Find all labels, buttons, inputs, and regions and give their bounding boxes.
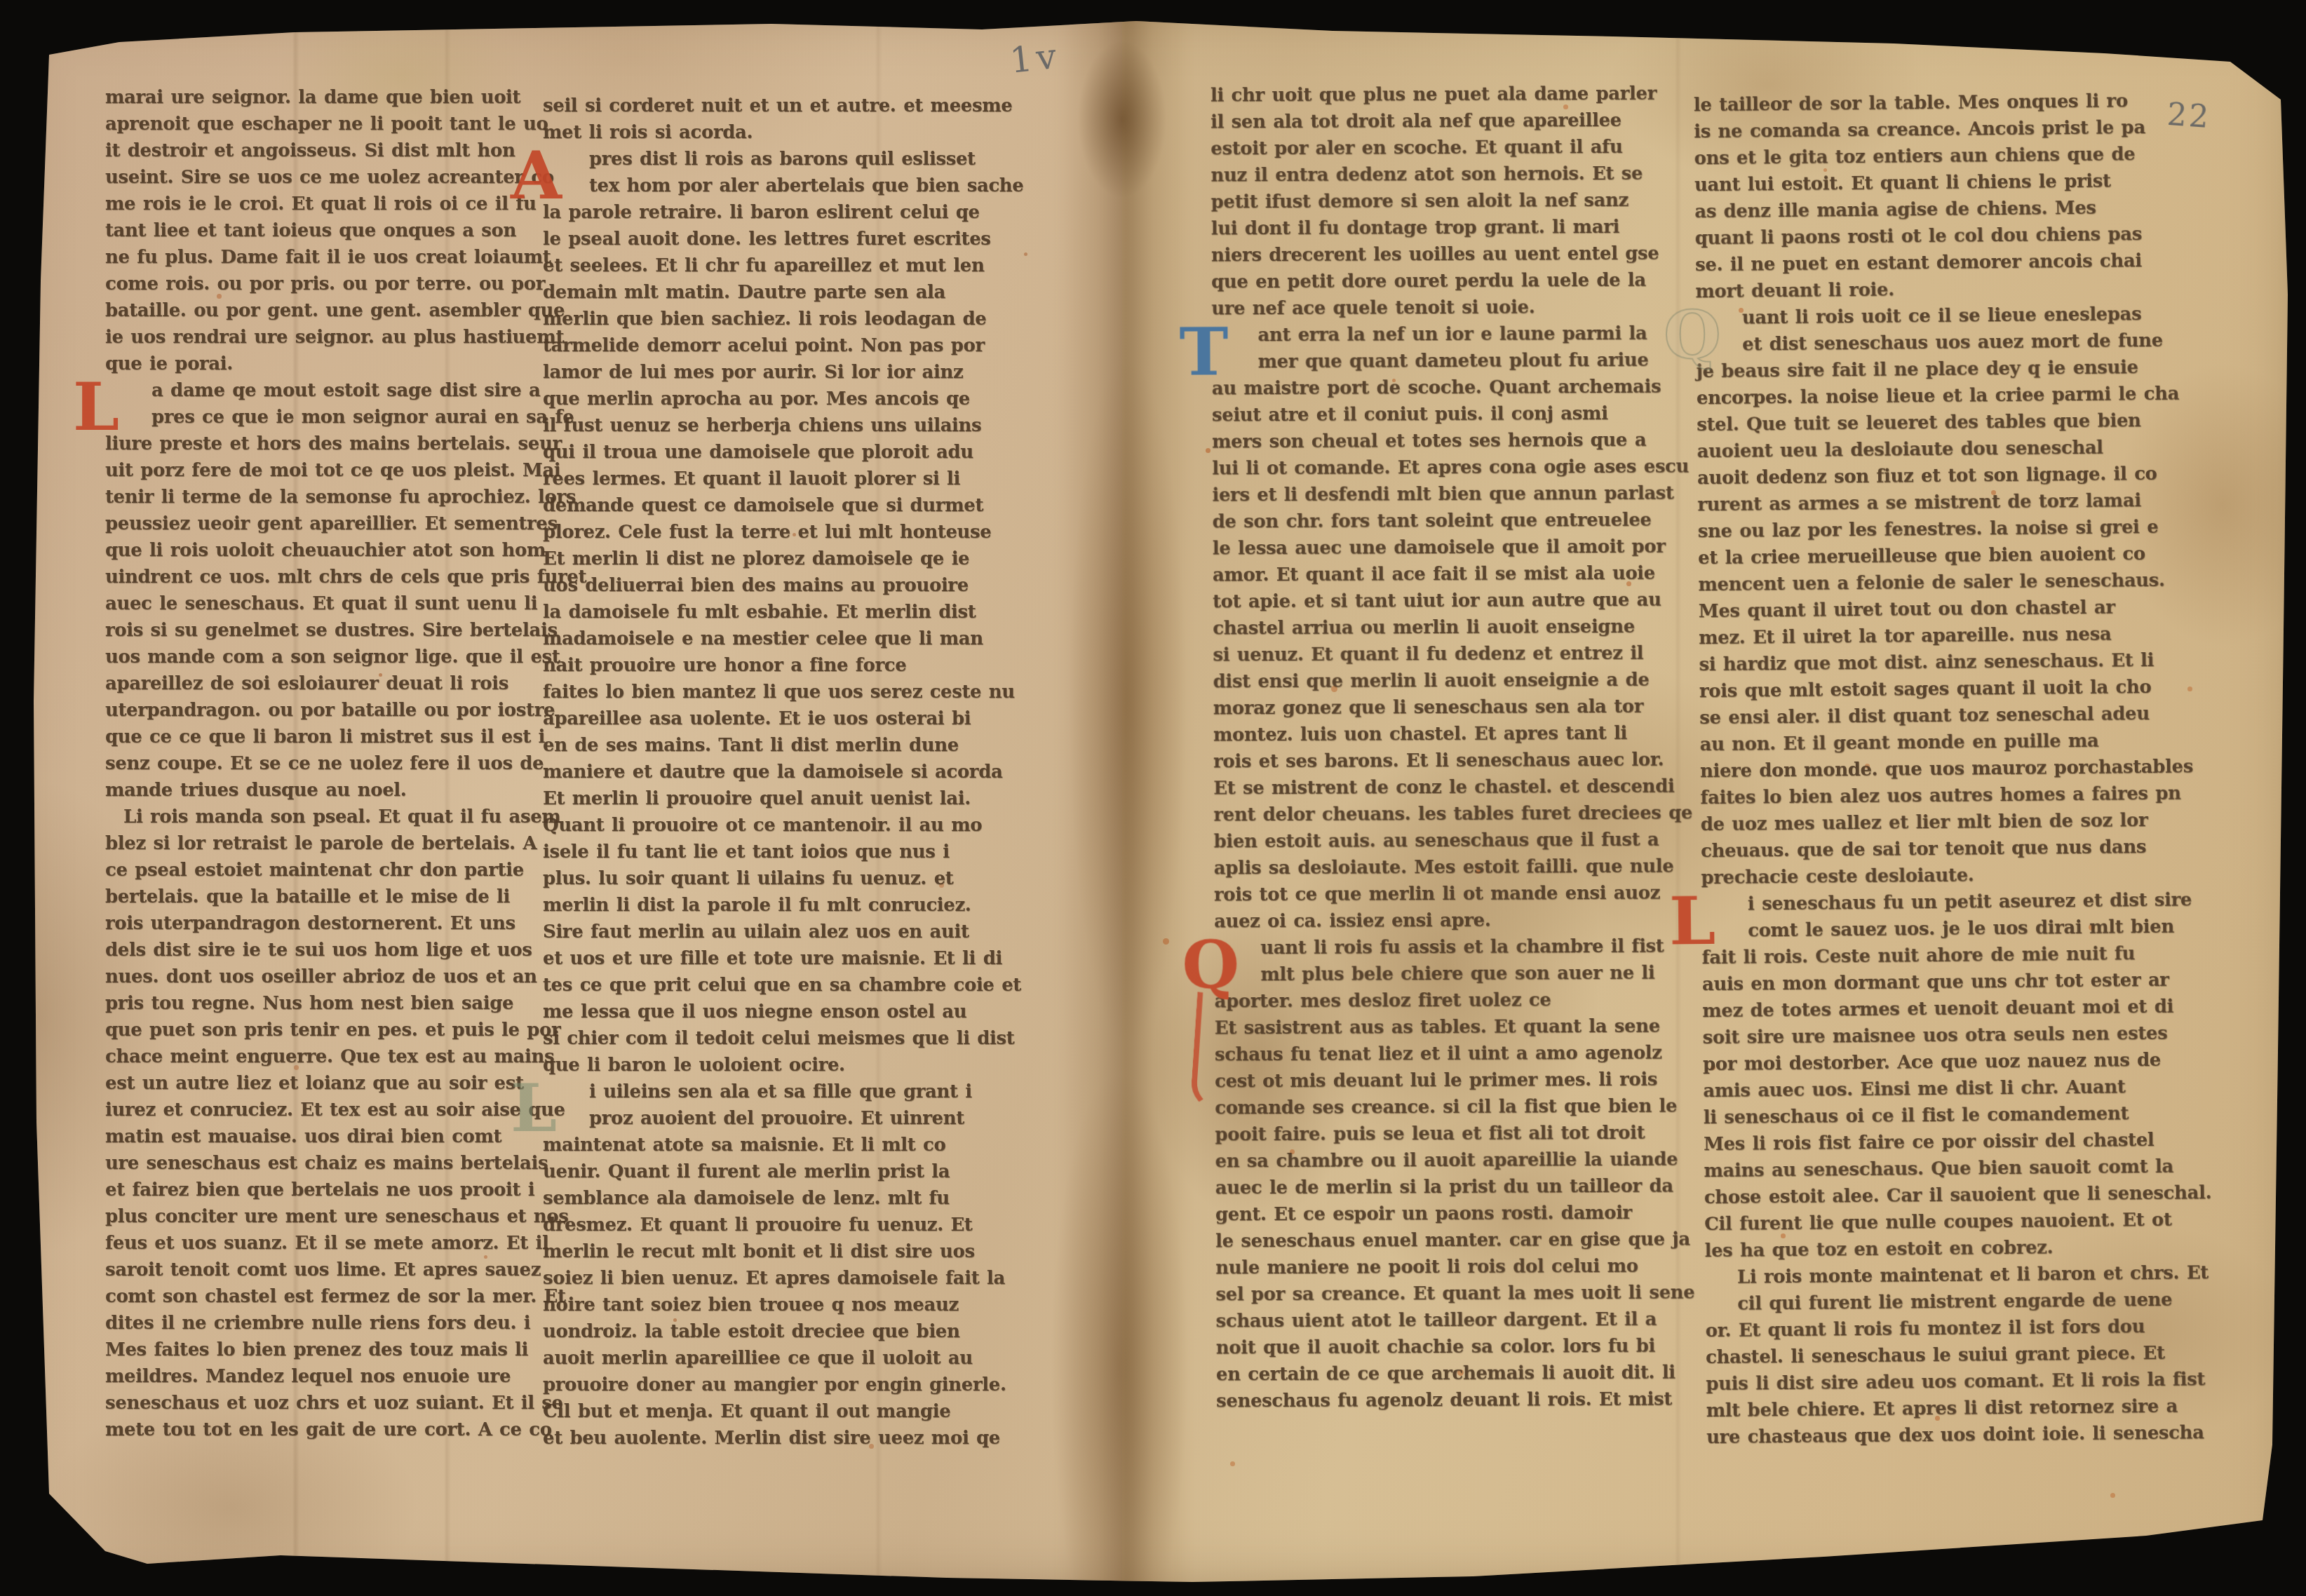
text-line: prouoire doner au mangier por engin gine… xyxy=(543,1372,992,1398)
text-line: sel por sa creance. Et quant la mes uoit… xyxy=(1215,1280,1659,1308)
text-line: pres dist li rois as barons quil eslisse… xyxy=(543,146,992,173)
text-line: auec le de merlin si la prist du un tail… xyxy=(1215,1173,1659,1202)
text-line: et la criee merueilleuse que bien auoien… xyxy=(1698,541,2154,572)
text-line: la damoisele fu mlt esbahie. Et merlin d… xyxy=(543,599,992,625)
text-column-3: li chr uoit que plus ne puet ala dame pa… xyxy=(1211,81,1659,1415)
text-line: come rois. ou por pris. ou por terre. ou… xyxy=(105,271,526,297)
text-line: demain mlt matin. Dautre parte sen ala xyxy=(543,279,992,306)
text-line: madamoisele e na mestier celee que li ma… xyxy=(543,625,992,652)
text-line: uondroiz. la table estoit dreciee que bi… xyxy=(543,1318,992,1345)
text-line: que ie porai. xyxy=(105,351,526,377)
text-line: seiut atre et il coniut puis. il conj as… xyxy=(1212,400,1655,429)
text-line: stel. Que tuit se leueret des tables que… xyxy=(1697,407,2152,438)
text-line: de son chr. fors tant soleint que entreu… xyxy=(1213,507,1656,536)
text-line: plorez. Cele fust la terre et lui mlt ho… xyxy=(543,519,992,546)
text-line: dresmez. Et quant li prouoire fu uenuz. … xyxy=(543,1212,992,1238)
text-line: niers drecerent les uoilles au uent ente… xyxy=(1211,241,1654,269)
text-line: dels dist sire ie te sui uos hom lige et… xyxy=(105,937,526,963)
paragraph: marai ure seignor. la dame que bien uoit… xyxy=(105,84,526,377)
illuminated-initial: L xyxy=(1669,888,1716,955)
text-line: it destroir et angoisseus. Si dist mlt h… xyxy=(105,137,526,164)
text-line: chose estoit alee. Car il sauoient que l… xyxy=(1704,1180,2160,1211)
text-line: demande quest ce damoisele que si durmet xyxy=(543,492,992,519)
text-line: me rois ie le croi. Et quat li rois oi c… xyxy=(105,191,526,217)
text-line: pris tou regne. Nus hom nest bien saige xyxy=(105,990,526,1017)
text-line: i uileins sen ala et sa fille que grant … xyxy=(543,1078,992,1105)
text-line: ons et le gita toz entiers aun chiens qu… xyxy=(1694,141,2150,172)
text-line: Et sasistrent aus as tables. Et quant la… xyxy=(1215,1013,1658,1042)
text-line: uant li rois uoit ce il se lieue eneslep… xyxy=(1696,301,2152,332)
text-line: cheuaus. que de sai tor tenoit que nus d… xyxy=(1701,834,2157,865)
text-line: proz auoient del prouoire. Et uinrent xyxy=(543,1105,992,1132)
text-line: en certain de ce que archemais li auoit … xyxy=(1216,1360,1659,1388)
text-line: tarmelide demorr acelui point. Non pas p… xyxy=(543,332,992,359)
illuminated-initial: A xyxy=(511,143,562,209)
text-line: Et se mistrent de conz le chastel. et de… xyxy=(1213,773,1657,802)
text-line: rois et ses barons. Et li seneschaus aue… xyxy=(1213,747,1657,776)
paragraph: Apres dist li rois as barons quil esliss… xyxy=(543,146,992,1078)
paragraph: Tant erra la nef un ior e laune parmi la… xyxy=(1211,320,1657,935)
text-line: lui li ot comande. Et apres cona ogie as… xyxy=(1212,454,1655,482)
text-line: me lessa que il uos niegne enson ostel a… xyxy=(543,999,992,1025)
paragraph: Li rois monte maintenat et li baron et c… xyxy=(1705,1260,2163,1451)
text-line: petit ifust demore si sen aloit la nef s… xyxy=(1211,187,1654,216)
text-line: le lessa auec une damoisele que il amoit… xyxy=(1213,534,1656,562)
folio-number-pencil-left: 1v xyxy=(1008,35,1063,81)
text-line: niere don monde. que uos mauroz porchast… xyxy=(1700,754,2156,785)
illuminated-initial: L xyxy=(511,1076,557,1142)
text-line: mains au seneschaus. Que bien sauoit com… xyxy=(1704,1154,2159,1184)
text-line: mer que quant dameteu plout fu ariue xyxy=(1212,347,1655,376)
text-line: uant lui estoit. Et quant li chiens le p… xyxy=(1694,168,2150,198)
text-line: lamor de lui mes por aurir. Si lor ior a… xyxy=(543,359,992,386)
text-line: noire tant soiez bien trouee q nos meauz xyxy=(543,1292,992,1318)
text-line: met li rois si acorda. xyxy=(543,119,992,146)
text-line: uant li rois fu assis et la chambre il f… xyxy=(1214,933,1657,962)
text-line: encorpes. la noise lieue et la criee par… xyxy=(1697,381,2152,412)
text-line: nues. dont uos oseiller abrioz de uos et… xyxy=(105,963,526,990)
text-line: auoit merlin apareilliee ce que il uoloi… xyxy=(543,1345,992,1372)
paragraph: Quant li rois uoit ce il se lieue enesle… xyxy=(1696,301,2157,891)
text-line: comt son chastel est fermez de sor la me… xyxy=(105,1283,526,1310)
text-line: ure nef ace quele tenoit si uoie. xyxy=(1211,294,1654,323)
text-line: le pseal auoit done. les lettres furet e… xyxy=(543,226,992,252)
text-line: semblance ala damoisele de lenz. mlt fu xyxy=(543,1185,992,1212)
center-fold-gutter xyxy=(1058,0,1191,1596)
text-line: rois tot ce que merlin li ot mande ensi … xyxy=(1214,880,1657,909)
text-line: les ha que toz en estoit en cobrez. xyxy=(1704,1233,2160,1264)
text-line: au non. Et il geant monde en puille ma xyxy=(1699,727,2155,758)
text-line: matin est mauaise. uos dirai bien comt xyxy=(105,1123,526,1150)
text-line: Cil furent lie que nulle coupes nauoient… xyxy=(1704,1207,2160,1238)
text-line: meildres. Mandez lequel nos enuoie ure xyxy=(105,1363,526,1390)
paragraph: Li uileins sen ala et sa fille que grant… xyxy=(543,1078,992,1452)
text-line: liure preste et hors des mains bertelais… xyxy=(105,431,526,457)
paragraph: le tailleor de sor la table. Mes onques … xyxy=(1694,88,2152,305)
text-line: soit sire ure maisnee uos otra seuls nen… xyxy=(1702,1020,2158,1051)
text-line: que ce ce que li baron li mistret sus il… xyxy=(105,724,526,750)
paragraph: li chr uoit que plus ne puet ala dame pa… xyxy=(1211,81,1654,323)
text-line: is ne comanda sa creance. Ancois prist l… xyxy=(1694,114,2150,145)
text-line: amor. Et quant il ace fait il se mist al… xyxy=(1213,560,1656,589)
text-line: Et merlin li prouoire quel anuit uenist … xyxy=(543,785,992,812)
text-line: le tailleor de sor la table. Mes onques … xyxy=(1694,88,2150,119)
text-line: moraz gonez que li seneschaus sen ala to… xyxy=(1213,694,1657,722)
text-line: merlin le recut mlt bonit et li dist sir… xyxy=(543,1238,992,1265)
text-line: estoit por aler en scoche. Et quant il a… xyxy=(1211,134,1654,163)
text-line: ie uos rendrai ure seignor. au plus hast… xyxy=(105,324,526,351)
text-line: Mes li rois fist faire ce por oissir del… xyxy=(1704,1127,2159,1158)
text-line: senz coupe. Et se ce ne uolez fere il uo… xyxy=(105,750,526,777)
text-line: or. Et quant li rois fu montez il ist fo… xyxy=(1705,1313,2161,1344)
text-line: aplis sa desloiaute. Mes estoit failli. … xyxy=(1214,853,1657,882)
text-line: de uoz mes uallez et lier mlt bien de so… xyxy=(1701,807,2157,838)
text-line: comande ses creance. si cil la fist que … xyxy=(1215,1093,1658,1122)
text-line: pres ce que ie mon seignor aurai en sa f… xyxy=(105,404,526,431)
text-line: prechacie ceste desloiaute. xyxy=(1701,860,2157,891)
text-line: apareillez de soi esloiaurer deuat li ro… xyxy=(105,670,526,697)
text-line: auec le seneschaus. Et quat il sunt uenu… xyxy=(105,590,526,617)
text-line: se. il ne puet en estant demorer ancois … xyxy=(1695,248,2151,278)
text-line: mez. Et il uiret la tor apareille. nus n… xyxy=(1699,621,2155,651)
text-line: lui dont il fu dontage trop grant. li ma… xyxy=(1211,214,1654,243)
text-line: seneschaus fu agenolz deuant li rois. Et… xyxy=(1216,1386,1659,1415)
text-line: Cil but et menja. Et quant il out mangie xyxy=(543,1398,992,1425)
text-line: si uenuz. Et quant il fu dedenz et entre… xyxy=(1213,640,1656,669)
text-line: et dist seneschaus uos auez mort de fune xyxy=(1696,327,2152,358)
text-line: mlt plus bele chiere que son auer ne li xyxy=(1214,960,1657,989)
text-line: mete tou tot en les gait de ure cort. A … xyxy=(105,1416,526,1443)
text-line: ce pseal estoiet maintenat chr don parti… xyxy=(105,857,526,884)
text-column-1: marai ure seignor. la dame que bien uoit… xyxy=(105,84,526,1443)
text-line: que li rois uoloit cheuauchier atot son … xyxy=(105,537,526,564)
text-line: il fust uenuz se herberja chiens uns uil… xyxy=(543,412,992,439)
text-line: et fairez bien que bertelais ne uos proo… xyxy=(105,1177,526,1203)
text-line: seneschaus et uoz chrs et uoz suiant. Et… xyxy=(105,1390,526,1416)
text-line: merlin li dist la parole il fu mlt conru… xyxy=(543,892,992,919)
text-line: nait prouoire ure honor a fine force xyxy=(543,652,992,679)
text-line: pooit faire. puis se leua et fist ali to… xyxy=(1215,1120,1658,1149)
text-line: si hardiz que mot dist. ainz seneschaus.… xyxy=(1699,647,2155,678)
text-line: mencent uen a felonie de saler le senesc… xyxy=(1698,567,2154,598)
text-line: li chr uoit que plus ne puet ala dame pa… xyxy=(1211,81,1654,109)
text-line: rees lermes. Et quant il lauoit plorer s… xyxy=(543,466,992,492)
paragraph: Li rois manda son pseal. Et quat il fu a… xyxy=(105,804,526,1443)
illuminated-initial: Q xyxy=(1182,932,1239,998)
text-line: schaus uient atot le tailleor dargent. E… xyxy=(1215,1306,1659,1335)
text-line: dites il ne criembre nulle riens fors de… xyxy=(105,1310,526,1337)
text-line: cil qui furent lie mistrent engarde de u… xyxy=(1705,1287,2161,1318)
text-line: nule maniere ne pooit li rois dol celui … xyxy=(1215,1253,1659,1282)
paragraph: La dame qe mout estoit sage dist sire ap… xyxy=(105,377,526,804)
text-line: nuz il entra dedenz atot son hernois. Et… xyxy=(1211,161,1654,189)
text-line: merlin que bien sachiez. li rois leodaga… xyxy=(543,306,992,332)
text-line: schaus fu tenat liez et il uint a amo ag… xyxy=(1215,1040,1658,1069)
text-line: dist ensi que merlin li auoit enseignie … xyxy=(1213,667,1657,696)
text-line: ant erra la nef un ior e laune parmi la xyxy=(1211,320,1654,349)
text-line: tex hom por aler abertelais que bien sac… xyxy=(543,173,992,199)
illuminated-initial: T xyxy=(1179,319,1228,385)
text-line: et beu auolente. Merlin dist sire ueez m… xyxy=(543,1425,992,1452)
text-line: chastel. li seneschaus le suiui grant pi… xyxy=(1706,1340,2162,1371)
text-line: tant liee et tant ioieus que onques a so… xyxy=(105,217,526,244)
text-line: chastel arriua ou merlin li auoit enseig… xyxy=(1213,614,1656,642)
text-line: la parole retraire. li baron eslirent ce… xyxy=(543,199,992,226)
paragraph: seil si corderet nuit et un et autre. et… xyxy=(543,93,992,146)
text-line: bien estoit auis. au seneschaus que il f… xyxy=(1214,827,1657,856)
text-line: que en petit dore ouret perdu la uele de… xyxy=(1211,267,1654,296)
text-line: Li rois manda son pseal. Et quat il fu a… xyxy=(105,804,526,830)
text-line: puis li dist sire adeu uos comant. Et li… xyxy=(1706,1367,2162,1398)
text-line: si chier com il tedoit celui meismes que… xyxy=(543,1025,992,1052)
text-line: rois si su genelmet se dustres. Sire ber… xyxy=(105,617,526,644)
text-line: maniere et dautre que la damoisele si ac… xyxy=(543,759,992,785)
text-line: que li baron le uoloient ocire. xyxy=(543,1052,992,1078)
text-column-4: le tailleor de sor la table. Mes onques … xyxy=(1694,88,2163,1451)
text-line: mande triues dusque au noel. xyxy=(105,777,526,804)
text-line: li seneschaus oi ce il fist le comandeme… xyxy=(1704,1100,2159,1131)
text-line: Mes quant il uiret tout ou don chastel a… xyxy=(1699,594,2155,625)
text-line: montez. luis uon chastel. Et apres tant … xyxy=(1213,720,1657,749)
text-line: noit que il auoit chachie sa color. lors… xyxy=(1216,1333,1659,1362)
text-line: Mes faites lo bien prenez des touz mais … xyxy=(105,1337,526,1363)
text-line: tenir li terme de la semonse fu aprochie… xyxy=(105,484,526,510)
text-line: quant li paons rosti ot le col dou chien… xyxy=(1695,221,2151,252)
text-line: faites lo bien alez uos autres homes a f… xyxy=(1700,780,2156,811)
text-line: plus conciter ure ment ure seneschaus et… xyxy=(105,1203,526,1230)
text-line: apareillee asa uolente. Et ie uos ostera… xyxy=(543,705,992,732)
text-line: amis auec uos. Einsi me dist li chr. Aua… xyxy=(1703,1074,2159,1104)
text-line: maintenat atote sa maisnie. Et li mlt co xyxy=(543,1132,992,1158)
text-line: qui il troua une damoisele que ploroit a… xyxy=(543,439,992,466)
illuminated-initial: Q xyxy=(1664,302,1721,369)
text-line: auez oi ca. issiez ensi apre. xyxy=(1214,907,1657,935)
text-line: auoit dedenz son fiuz et tot son lignage… xyxy=(1697,461,2153,492)
text-line: plus. lu soir quant li uilains fu uenuz.… xyxy=(543,865,992,892)
text-line: mers son cheual et totes ses hernois que… xyxy=(1212,427,1655,456)
text-line: a dame qe mout estoit sage dist sire a xyxy=(105,377,526,404)
text-line: rois uterpandragon destornerent. Et uns xyxy=(105,910,526,937)
folio-number-pencil-right: 22 xyxy=(2166,97,2211,135)
text-line: mez de totes armes et uenoit deuant moi … xyxy=(1702,994,2158,1024)
paragraph: Li seneschaus fu un petit aseurez et dis… xyxy=(1701,887,2161,1264)
text-line: isele il fu tant lie et tant ioios que n… xyxy=(543,839,992,865)
text-line: gent. Et ce espoir un paons rosti. damoi… xyxy=(1215,1200,1659,1229)
manuscript-photo: { "page": { "background_color": "#0b0a08… xyxy=(0,0,2306,1596)
text-line: peussiez ueoir gent apareillier. Et seme… xyxy=(105,510,526,537)
text-line: feus et uos suanz. Et il se mete amorz. … xyxy=(105,1230,526,1257)
text-line: ure chasteaus que dex uos doint ioie. li… xyxy=(1706,1420,2162,1451)
text-line: que merlin aprocha au por. Mes ancois qe xyxy=(543,386,992,412)
text-line: rent delor cheuans. les tables furet dre… xyxy=(1213,800,1657,829)
text-line: soiez li bien uenuz. Et apres damoisele … xyxy=(543,1265,992,1292)
text-line: Sire faut merlin au uilain alez uos en a… xyxy=(543,919,992,945)
text-line: se ensi aler. il dist quant toz senescha… xyxy=(1699,701,2155,731)
text-line: aprenoit que eschaper ne li pooit tant l… xyxy=(105,111,526,137)
text-line: rois que mlt estoit sages quant il uoit … xyxy=(1699,674,2155,705)
text-line: por moi destorber. Ace que uoz nauez nus… xyxy=(1703,1047,2159,1078)
text-line: au maistre port de scoche. Quant archema… xyxy=(1212,374,1655,403)
text-line: auoient ueu la desloiaute dou seneschal xyxy=(1697,434,2152,465)
text-line: le seneschaus enuel manter. car en gise … xyxy=(1215,1226,1659,1255)
text-line: en de ses mains. Tant li dist merlin dun… xyxy=(543,732,992,759)
text-column-2: seil si corderet nuit et un et autre. et… xyxy=(543,93,992,1452)
text-line: iers et li desfendi mlt bien que annun p… xyxy=(1212,480,1655,509)
text-line: uterpandragon. ou por bataille ou por io… xyxy=(105,697,526,724)
text-line: en sa chambre ou il auoit apareillie la … xyxy=(1215,1147,1658,1175)
text-line: mort deuant li roie. xyxy=(1695,274,2151,305)
text-line: Quant li prouoire ot ce mantenoir. il au… xyxy=(543,812,992,839)
text-line: saroit tenoit comt uos lime. Et apres sa… xyxy=(105,1257,526,1283)
text-line: seil si corderet nuit et un et autre. et… xyxy=(543,93,992,119)
text-line: et seelees. Et li chr fu apareillez et m… xyxy=(543,252,992,279)
text-line: ne fu plus. Dame fait il ie uos creat lo… xyxy=(105,244,526,271)
text-line: chace meint enguerre. Que tex est au mai… xyxy=(105,1043,526,1070)
text-line: rurent as armes a se mistrent de torz la… xyxy=(1697,487,2153,518)
text-line: Et merlin li dist ne plorez damoisele qe… xyxy=(543,546,992,572)
text-line: aporter. mes desloz firet uolez ce xyxy=(1214,987,1657,1015)
text-line: sne ou laz por les fenestres. la noise s… xyxy=(1698,514,2154,545)
text-line: que puet son pris tenir en pes. et puis … xyxy=(105,1017,526,1043)
text-line: i seneschaus fu un petit aseurez et dist… xyxy=(1701,887,2157,918)
text-line: Li rois monte maintenat et li baron et c… xyxy=(1705,1260,2161,1291)
text-line: bertelais. que la bataille et le mise de… xyxy=(105,884,526,910)
text-line: auis en mon dormant que uns chr tot este… xyxy=(1702,967,2158,998)
text-line: et uos et ure fille et tote ure maisnie.… xyxy=(543,945,992,972)
text-line: mlt bele chiere. Et apres li dist retorn… xyxy=(1706,1393,2162,1424)
text-line: uos mande com a son seignor lige. que il… xyxy=(105,644,526,670)
text-line: bataille. ou por gent. une gent. asemble… xyxy=(105,297,526,324)
text-line: cest ot mis deuant lui le primer mes. li… xyxy=(1215,1067,1658,1095)
text-line: blez si lor retraist le parole de bertel… xyxy=(105,830,526,857)
text-line: uos deliuerrai bien des mains au prouoir… xyxy=(543,572,992,599)
parchment-speckles xyxy=(0,0,4,4)
text-line: iurez et conruciez. Et tex est au soir a… xyxy=(105,1097,526,1123)
text-line: comt le sauez uos. je le uos dirai mlt b… xyxy=(1701,914,2157,945)
text-line: fait li rois. Ceste nuit ahore de mie nu… xyxy=(1701,940,2157,971)
text-line: useint. Sire se uos ce me uolez acreante… xyxy=(105,164,526,191)
text-line: as denz ille mania agise de chiens. Mes xyxy=(1694,194,2150,225)
illuminated-initial: L xyxy=(73,374,119,440)
parchment-bifolium: marai ure seignor. la dame que bien uoit… xyxy=(0,0,2306,1596)
text-line: tot apie. et si tant uiut ior aun autre … xyxy=(1213,587,1656,616)
text-line: uenir. Quant il furent ale merlin prist … xyxy=(543,1158,992,1185)
text-line: ure seneschaus est chaiz es mains bertel… xyxy=(105,1150,526,1177)
text-line: est un autre liez et loianz que au soir … xyxy=(105,1070,526,1097)
text-line: marai ure seignor. la dame que bien uoit xyxy=(105,84,526,111)
text-line: faites lo bien mantez li que uos serez c… xyxy=(543,679,992,705)
text-line: uit porz fere de moi tot ce qe uos pleis… xyxy=(105,457,526,484)
paragraph: Quant li rois fu assis et la chambre il … xyxy=(1214,933,1659,1415)
text-line: tes ce que prit celui que en sa chambre … xyxy=(543,972,992,999)
text-line: je beaus sire fait il ne place dey q ie … xyxy=(1696,354,2152,385)
text-line: uindrent ce uos. mlt chrs de cels que pr… xyxy=(105,564,526,590)
text-line: il sen ala tot droit ala nef que apareil… xyxy=(1211,107,1654,136)
